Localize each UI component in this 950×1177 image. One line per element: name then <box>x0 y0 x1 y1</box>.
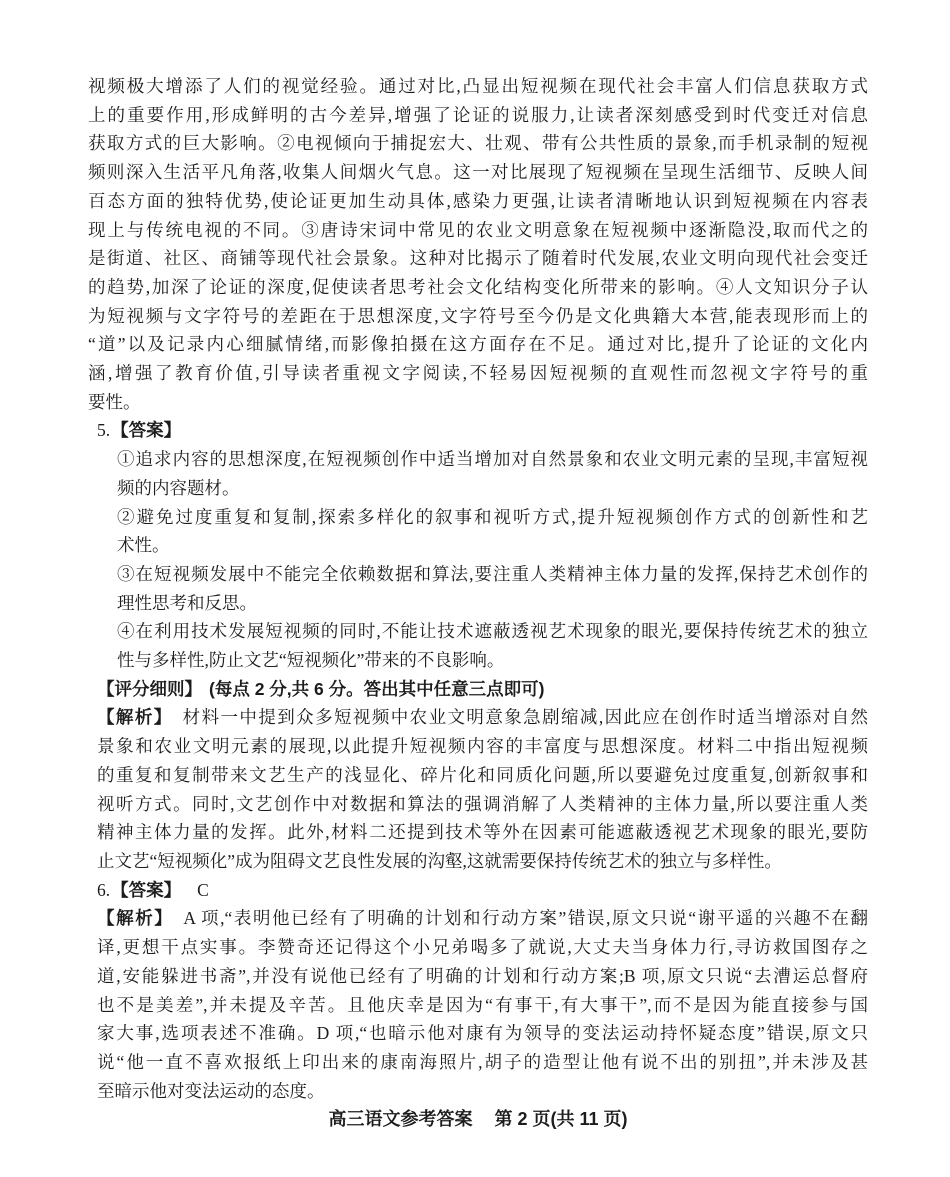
question-5-block: 5.【答案】 ①追求内容的思想深度,在短视频创作中适当增加对自然景象和农业文明元… <box>97 416 868 875</box>
answer-point: ④在利用技术发展短视频的同时,不能让技术遮蔽透视艺术现象的眼光,要保持传统艺术的… <box>117 617 868 674</box>
text-line: 家大事,选项表述不准确。D 项,“也暗示他对康有为领导的变法运动持怀疑态度”错误… <box>97 1019 868 1048</box>
text-line: 的重复和复制带来文艺生产的浅显化、碎片化和同质化问题,所以要避免过度重复,创新叙… <box>97 761 868 790</box>
text-line: “道”以及记录内心细腻情绪,而影像拍摄在这方面存在不足。通过对比,提升了论证的文… <box>88 330 868 359</box>
text-line: 景象和农业文明元素的展现,以此提升短视频内容的丰富度与思想深度。材料二中指出短视… <box>97 732 868 761</box>
question-number: 5. <box>97 420 110 440</box>
answer-label: 【答案】 <box>111 880 181 900</box>
answer-point: ①追求内容的思想深度,在短视频创作中适当增加对自然景象和农业文明元素的呈现,丰富… <box>117 445 868 502</box>
text-line: 道,安能躲进书斋”,并没有说他已经有了明确的计划和行动方案;B 项,原文只说“去… <box>97 962 868 991</box>
question-6-block: 6.【答案】C 【解析】A 项,“表明他已经有了明确的计划和行动方案”错误,原文… <box>97 876 868 1106</box>
text-line: 理性思考和反思。 <box>117 589 868 618</box>
section-label: 【解析】 <box>97 707 173 727</box>
text-line: 为短视频与文字符号的差距在于思想深度,文字符号至今仍是文化典籍大本营,能表现形而… <box>88 302 868 331</box>
answer-heading-5: 5.【答案】 <box>97 416 868 445</box>
text-line: 频则深入生活平凡角落,收集人间烟火气息。这一对比展现了短视频在呈现生活细节、反映… <box>88 158 868 187</box>
answer-value: C <box>197 880 209 900</box>
text-line: 性与多样性,防止文艺“短视频化”带来的不良影响。 <box>117 646 868 675</box>
text-line: ④在利用技术发展短视频的同时,不能让技术遮蔽透视艺术现象的眼光,要保持传统艺术的… <box>117 617 868 646</box>
text-line: ②避免过度重复和复制,探索多样化的叙事和视听方式,提升短视频创作方式的创新性和艺 <box>117 503 868 532</box>
text-line: 涵,增强了教育价值,引导读者重视文字阅读,不轻易因短视频的直观性而忽视文字符号的… <box>88 359 868 388</box>
scoring-text: (每点 2 分,共 6 分。答出其中任意三点即可) <box>209 679 544 699</box>
text-run: A 项,“表明他已经有了明确的计划和行动方案”错误,原文只说“谢平遥的兴趣不在翻 <box>183 908 868 928</box>
text-line: 要性。 <box>88 388 868 417</box>
text-line: 术性。 <box>117 531 868 560</box>
text-line: 是街道、社区、商铺等现代社会景象。这种对比揭示了随着时代发展,农业文明向现代社会… <box>88 244 868 273</box>
answer-point: ②避免过度重复和复制,探索多样化的叙事和视听方式,提升短视频创作方式的创新性和艺… <box>117 503 868 560</box>
text-line: 获取方式的巨大影响。②电视倾向于捕捉宏大、壮观、带有公共性质的景象,而手机录制的… <box>88 129 868 158</box>
answer-points: ①追求内容的思想深度,在短视频创作中适当增加对自然景象和农业文明元素的呈现,丰富… <box>117 445 868 675</box>
text-line: 视听方式。同时,文艺创作中对数据和算法的强调消解了人类精神的主体力量,所以要注重… <box>97 790 868 819</box>
text-line: 的趋势,加深了论证的深度,促使读者思考社会文化结构变化所带来的影响。④人文知识分… <box>88 273 868 302</box>
section-label: 【解析】 <box>97 908 173 928</box>
text-line: 说“他一直不喜欢报纸上印出来的康南海照片,胡子的造型让他有说不出的别扭”,并未涉… <box>97 1048 868 1077</box>
text-line: 至暗示他对变法运动的态度。 <box>97 1077 868 1106</box>
text-line: 百态方面的独特优势,使论证更加生动具体,感染力更强,让读者清晰地认识到短视频在内… <box>88 187 868 216</box>
text-line: 【解析】A 项,“表明他已经有了明确的计划和行动方案”错误,原文只说“谢平遥的兴… <box>97 904 868 933</box>
text-line: 【解析】材料一中提到众多短视频中农业文明意象急剧缩减,因此应在创作时适当增添对自… <box>97 703 868 732</box>
document-page: 视频极大增添了人们的视觉经验。通过对比,凸显出短视频在现代社会丰富人们信息获取方… <box>0 0 950 1177</box>
text-line: 视频极大增添了人们的视觉经验。通过对比,凸显出短视频在现代社会丰富人们信息获取方… <box>88 72 868 101</box>
text-line: ③在短视频发展中不能完全依赖数据和算法,要注重人类精神主体力量的发挥,保持艺术创… <box>117 560 868 589</box>
page-footer: 高三语文参考答案第 2 页(共 11 页) <box>88 1105 868 1134</box>
analysis-paragraph-5: 【解析】材料一中提到众多短视频中农业文明意象急剧缩减,因此应在创作时适当增添对自… <box>97 703 868 875</box>
question-number: 6. <box>97 880 110 900</box>
footer-title: 高三语文参考答案 <box>328 1109 472 1129</box>
text-line: 上的重要作用,形成鲜明的古今差异,增强了论证的说服力,让读者深刻感受到时代变迁对… <box>88 101 868 130</box>
scoring-label: 【评分细则】 <box>97 679 202 699</box>
analysis-paragraph-6: 【解析】A 项,“表明他已经有了明确的计划和行动方案”错误,原文只说“谢平遥的兴… <box>97 904 868 1105</box>
text-line: 现上与传统电视的不同。③唐诗宋词中常见的农业文明意象在短视频中逐渐隐没,取而代之… <box>88 216 868 245</box>
text-line: 频的内容题材。 <box>117 474 868 503</box>
text-line: ①追求内容的思想深度,在短视频创作中适当增加对自然景象和农业文明元素的呈现,丰富… <box>117 445 868 474</box>
text-line: 止文艺“短视频化”成为阻碍文艺良性发展的沟壑,这就需要保持传统艺术的独立与多样性… <box>97 847 868 876</box>
text-line: 译,更想干点实事。李赞奇还记得这个小兄弟喝多了就说,大丈夫当身体力行,寻访救国图… <box>97 933 868 962</box>
text-line: 精神主体力量的发挥。此外,材料二还提到技术等外在因素可能遮蔽透视艺术现象的眼光,… <box>97 818 868 847</box>
answer-point: ③在短视频发展中不能完全依赖数据和算法,要注重人类精神主体力量的发挥,保持艺术创… <box>117 560 868 617</box>
footer-page-number: 第 2 页(共 11 页) <box>494 1109 627 1129</box>
text-run: 材料一中提到众多短视频中农业文明意象急剧缩减,因此应在创作时适当增添对自然 <box>183 707 868 727</box>
scoring-rule-line: 【评分细则】(每点 2 分,共 6 分。答出其中任意三点即可) <box>97 675 868 704</box>
answer-sheet-content: 视频极大增添了人们的视觉经验。通过对比,凸显出短视频在现代社会丰富人们信息获取方… <box>0 0 950 1134</box>
text-line: 也不是美差”,并未提及辛苦。且他庆幸是因为“有事干,有大事干”,而不是因为能直接… <box>97 991 868 1020</box>
answer-heading-6: 6.【答案】C <box>97 876 868 905</box>
continuation-paragraph: 视频极大增添了人们的视觉经验。通过对比,凸显出短视频在现代社会丰富人们信息获取方… <box>88 72 868 416</box>
answer-label: 【答案】 <box>111 420 181 440</box>
